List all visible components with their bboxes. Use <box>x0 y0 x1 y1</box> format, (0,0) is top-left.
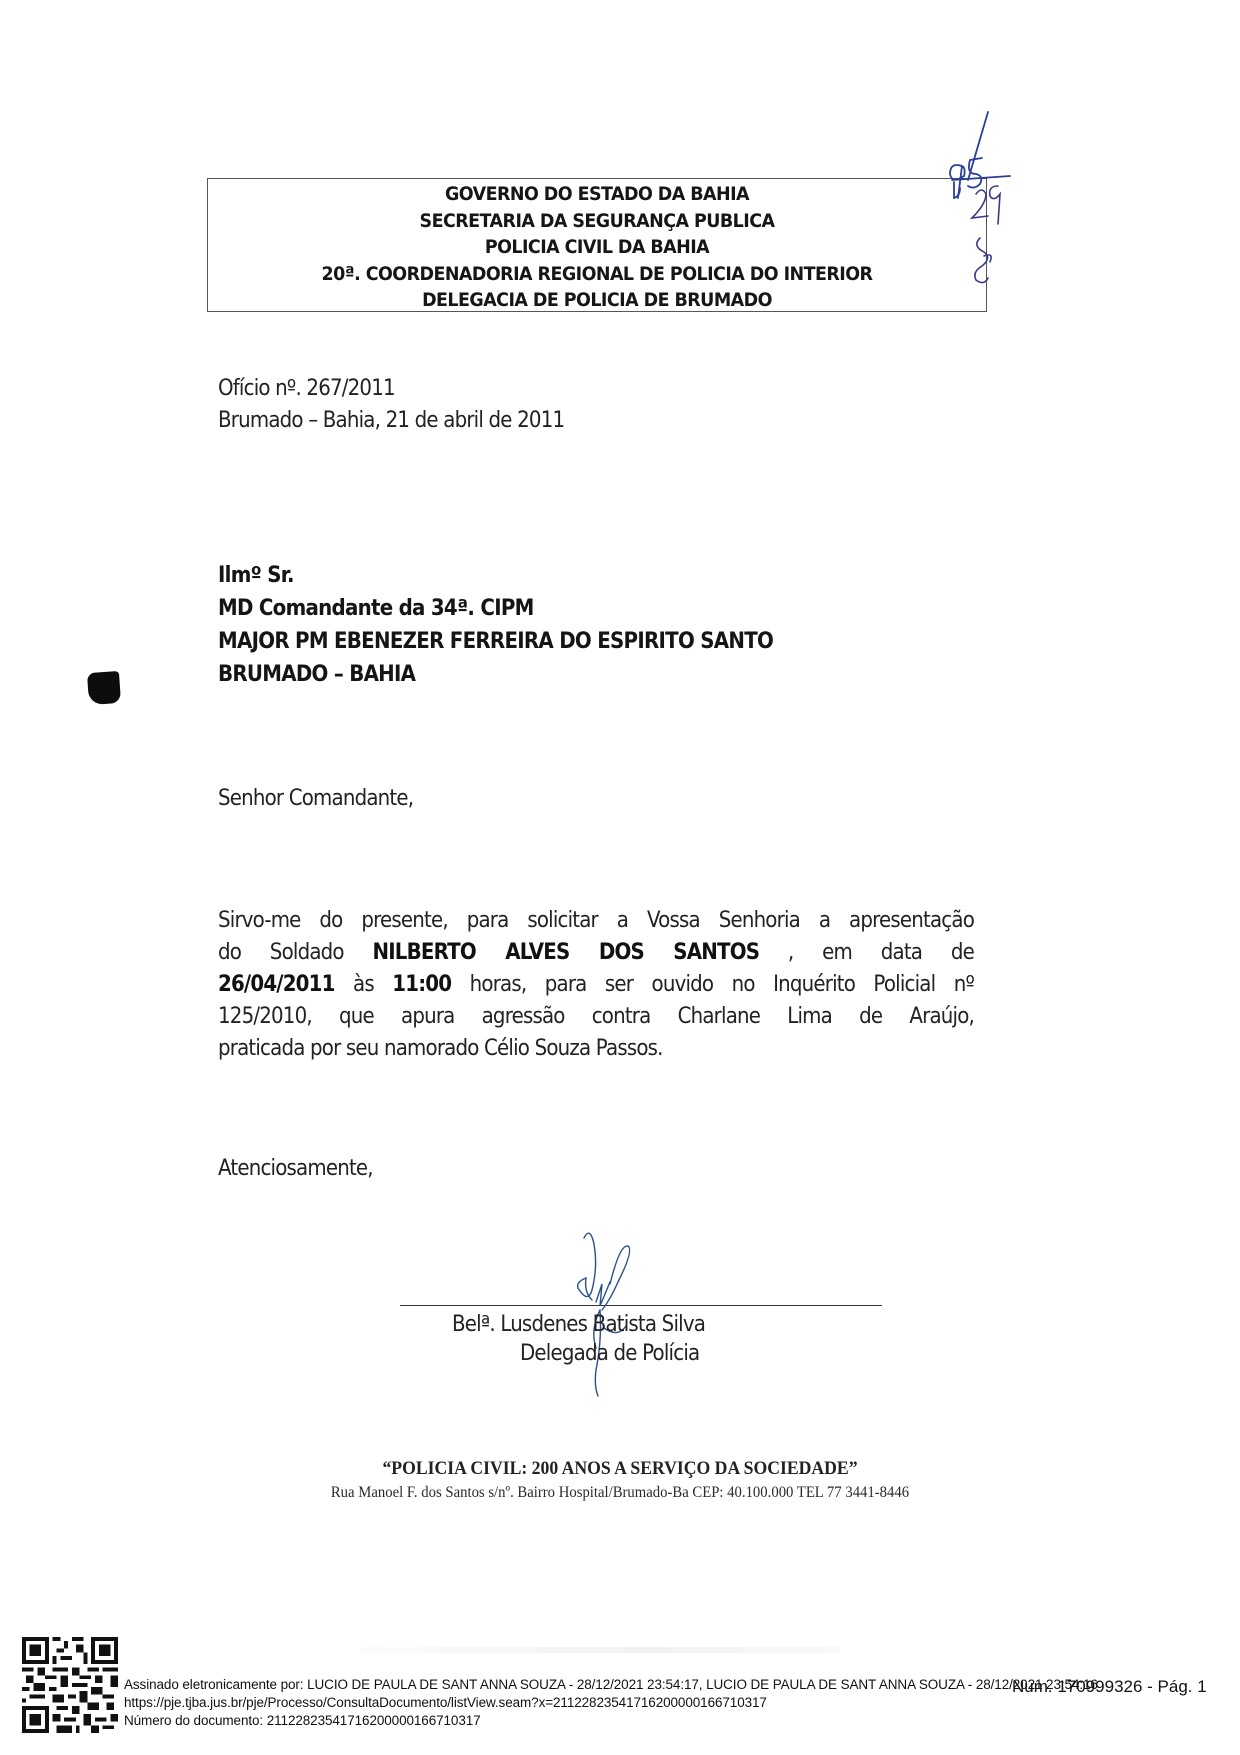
recipient-name: MAJOR PM EBENEZER FERREIRA DO ESPIRITO S… <box>218 629 773 654</box>
body-line: 26/04/2011 às 11:00 horas, para ser ouvi… <box>218 969 974 1001</box>
appointment-time: 11:00 <box>392 972 451 997</box>
signatory-name: Belª. Lusdenes Batista Silva <box>452 1312 705 1337</box>
page-stamp: Num. 170999326 - Pág. 1 <box>1012 1677 1207 1697</box>
oficio-number: Ofício nº. 267/2011 <box>218 376 395 401</box>
scan-artifact <box>360 1647 840 1653</box>
signed-by-text: Assinado eletronicamente por: LUCIO DE P… <box>124 1677 1098 1692</box>
letterhead-line: POLICIA CIVIL DA BAHIA <box>238 234 956 261</box>
body-paragraph: Sirvo-me do presente, para solicitar a V… <box>218 905 974 1065</box>
recipient-location: BRUMADO – BAHIA <box>218 662 415 687</box>
place-date: Brumado – Bahia, 21 de abril de 2011 <box>218 408 564 433</box>
ink-smudge <box>87 671 121 705</box>
soldier-name: NILBERTO ALVES DOS SANTOS <box>372 940 759 965</box>
qr-code-icon[interactable] <box>22 1637 118 1733</box>
document-page: GOVERNO DO ESTADO DA BAHIA SECRETARIA DA… <box>0 0 1240 1755</box>
letterhead-line: 20ª. COORDENADORIA REGIONAL DE POLICIA D… <box>238 261 956 288</box>
recipient-salutation: Ilmº Sr. <box>218 563 294 588</box>
document-number: Número do documento: 2112282354171620000… <box>124 1713 481 1728</box>
letterhead-line: DELEGACIA DE POLICIA DE BRUMADO <box>238 287 956 314</box>
closing: Atenciosamente, <box>218 1156 373 1181</box>
signatory-title: Delegada de Polícia <box>520 1341 699 1366</box>
letterhead-line: SECRETARIA DA SEGURANÇA PUBLICA <box>238 208 956 235</box>
handwritten-page-number-icon <box>940 108 1030 308</box>
body-line: praticada por seu namorado Célio Souza P… <box>218 1033 974 1065</box>
verification-url[interactable]: https://pje.tjba.jus.br/pje/Processo/Con… <box>124 1695 767 1710</box>
office-address: Rua Manoel F. dos Santos s/nº. Bairro Ho… <box>50 1484 1191 1502</box>
body-line: 125/2010, que apura agressão contra Char… <box>218 1001 974 1033</box>
appointment-date: 26/04/2011 <box>218 972 335 997</box>
body-line: do Soldado NILBERTO ALVES DOS SANTOS , e… <box>218 937 974 969</box>
letterhead-text: GOVERNO DO ESTADO DA BAHIA SECRETARIA DA… <box>238 181 956 314</box>
recipient-position: MD Comandante da 34ª. CIPM <box>218 596 534 621</box>
motto: “POLICIA CIVIL: 200 ANOS A SERVIÇO DA SO… <box>43 1458 1196 1480</box>
salutation: Senhor Comandante, <box>218 786 413 811</box>
body-line: Sirvo-me do presente, para solicitar a V… <box>218 905 974 937</box>
letterhead-line: GOVERNO DO ESTADO DA BAHIA <box>238 181 956 208</box>
handwritten-signature-icon <box>560 1218 660 1398</box>
